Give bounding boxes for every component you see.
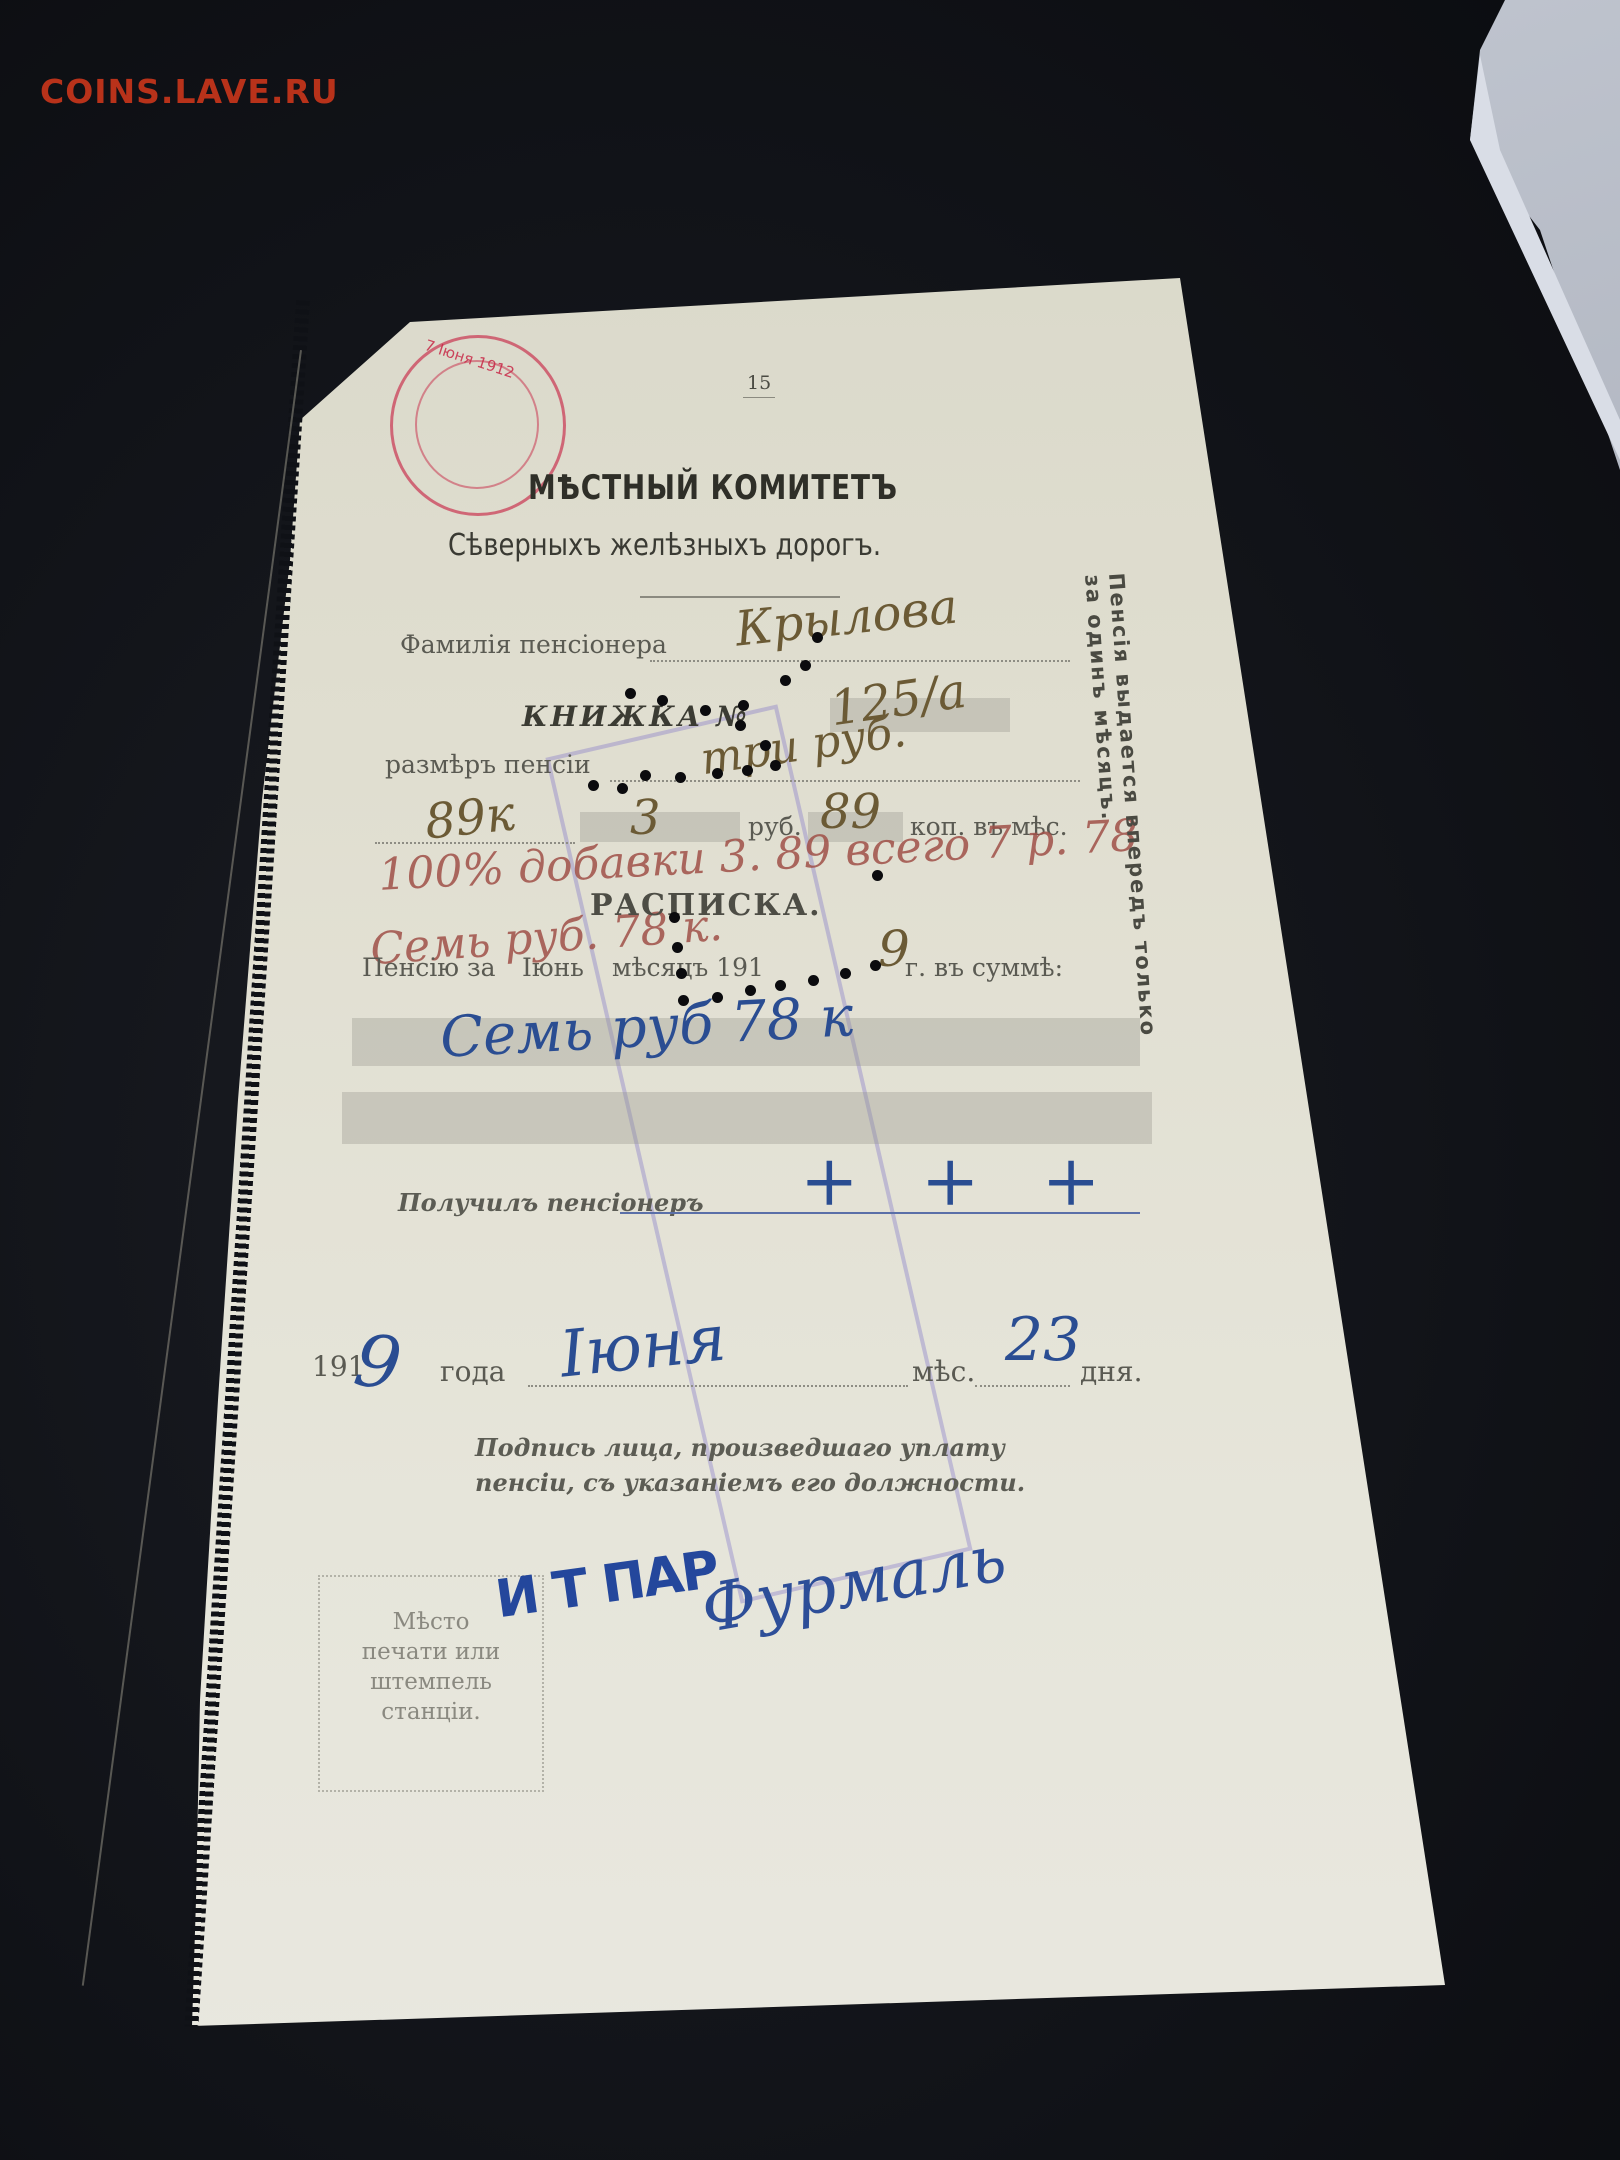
surname-line [650, 660, 1070, 662]
date-day-value: 23 [1005, 1305, 1081, 1375]
surname-label: Фамилія пенсіонера [400, 630, 667, 659]
month-label: мѣсяцъ 191 [612, 953, 764, 982]
pension-kop-prefix: 89к [422, 785, 517, 850]
watermark: COINS.LAVE.RU [40, 72, 339, 111]
payer-note-line-1: Подпись лица, произведшаго уплату [475, 1433, 1005, 1462]
stamp-box-line-2: печати или [320, 1637, 542, 1667]
date-year-label: года [440, 1355, 505, 1388]
page-number: 15 [743, 372, 775, 398]
sum-label: г. въ суммѣ: [905, 953, 1063, 982]
received-mark: + + + [800, 1140, 1120, 1222]
pension-for-label: Пенсію за [362, 953, 496, 982]
pension-size-label: размѣръ пенсіи [385, 750, 591, 779]
book-number-label: КНИЖКА № [522, 700, 750, 733]
sum-band-2 [342, 1092, 1152, 1144]
receipt-heading: РАСПИСКА. [590, 888, 822, 923]
red-stamp-inner-ring [415, 360, 539, 489]
document-subtitle: Сѣверныхъ желѣзныхъ дорогъ. [448, 528, 881, 563]
payer-note-line-2: пенсіи, съ указаніемъ его должности. [475, 1468, 1025, 1497]
stamp-box-line-3: штемпель [320, 1667, 542, 1697]
document-title: МѢСТНЫЙ КОМИТЕТЪ [528, 468, 898, 508]
date-month-label: мѣс. [912, 1355, 975, 1388]
date-day-line [975, 1385, 1070, 1387]
date-day-label: дня. [1080, 1355, 1142, 1388]
month-value: Іюнь [522, 953, 584, 982]
stamp-box-line-4: станціи. [320, 1697, 542, 1727]
